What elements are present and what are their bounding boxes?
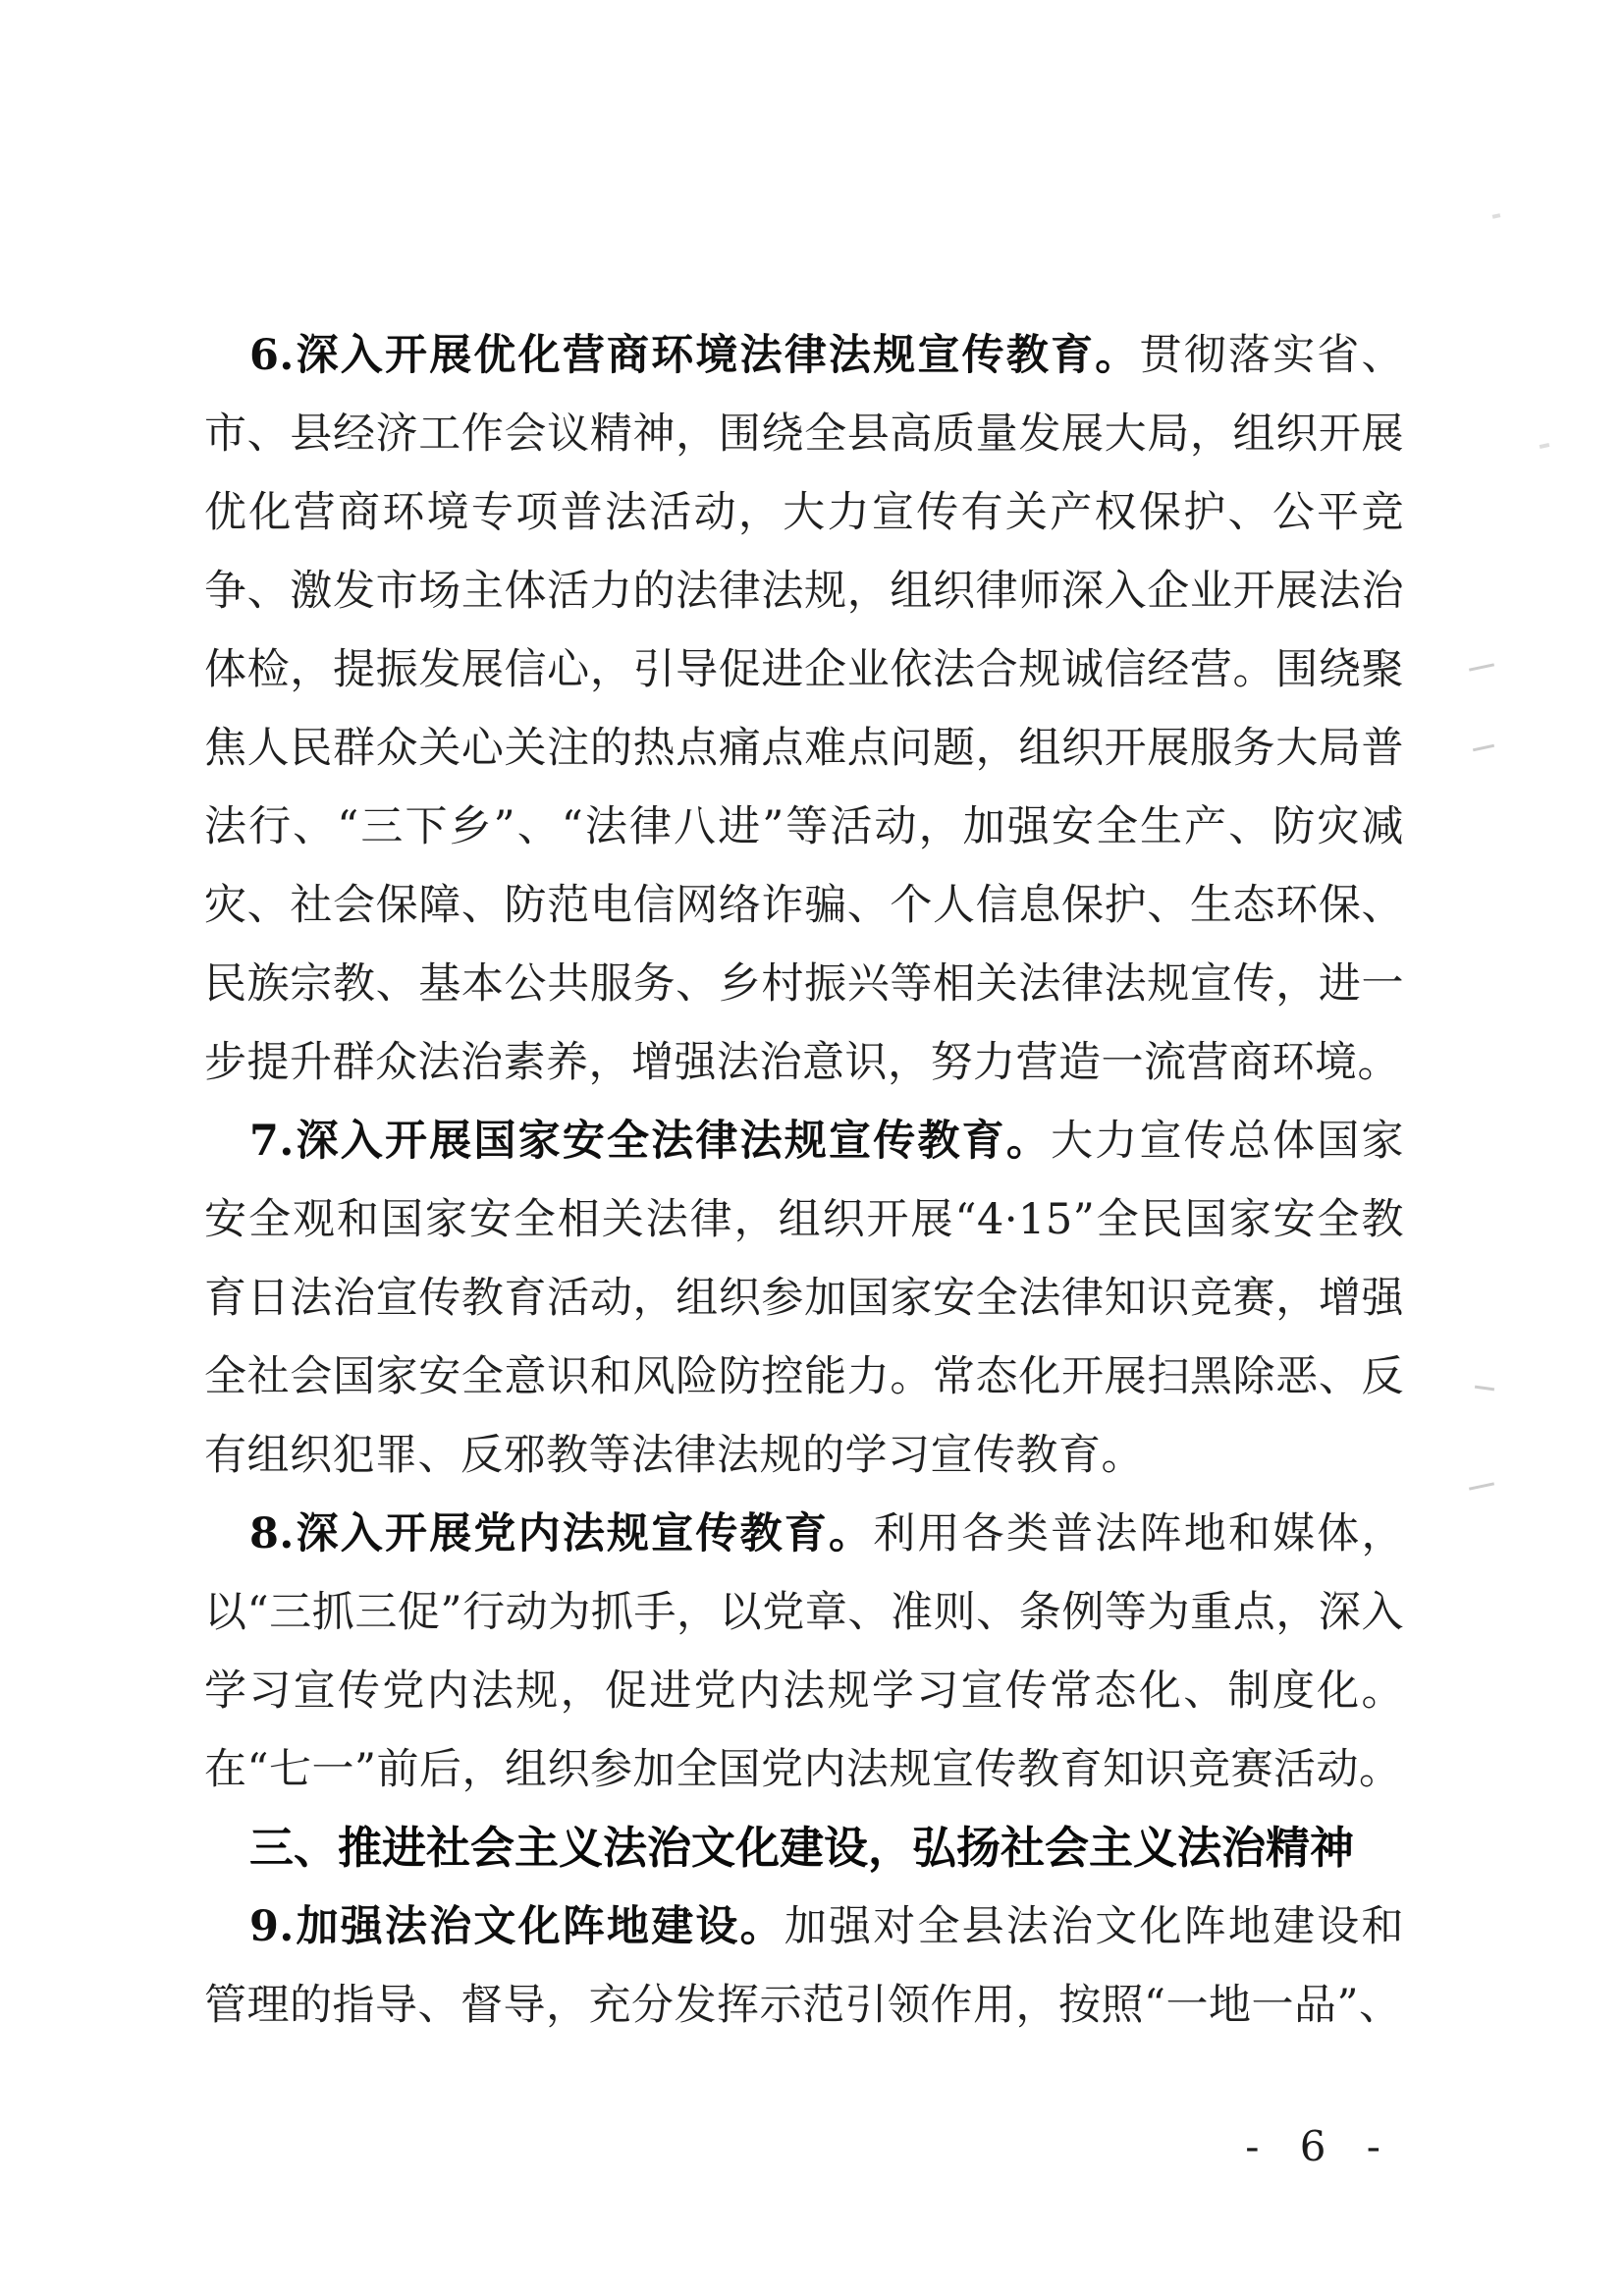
scan-smudge — [1469, 663, 1494, 671]
paragraph-6: 6.深入开展优化营商环境法律法规宣传教育。贯彻落实省、市、县经济工作会议精神，围… — [204, 316, 1404, 1102]
scan-smudge — [1469, 1482, 1494, 1490]
paragraph-6-heading: 6.深入开展优化营商环境法律法规宣传教育。 — [249, 331, 1139, 380]
scan-smudge — [1540, 443, 1550, 449]
paragraph-9: 9.加强法治文化阵地建设。加强对全县法治文化阵地建设和管理的指导、督导，充分发挥… — [204, 1887, 1404, 2045]
scan-smudge — [1475, 1386, 1494, 1392]
scan-smudge — [1492, 213, 1501, 219]
page-number: - 6 - — [1245, 2122, 1394, 2170]
paragraph-7: 7.深入开展国家安全法律法规宣传教育。大力宣传总体国家安全观和国家安全相关法律，… — [204, 1102, 1404, 1495]
paragraph-8: 8.深入开展党内法规宣传教育。利用各类普法阵地和媒体，以“三抓三促”行动为抓手，… — [204, 1495, 1404, 1809]
paragraph-7-text: 大力宣传总体国家安全观和国家安全相关法律，组织开展“4·15”全民国家安全教育日… — [204, 1117, 1404, 1480]
paragraph-7-heading: 7.深入开展国家安全法律法规宣传教育。 — [249, 1117, 1051, 1166]
paragraph-9-heading: 9.加强法治文化阵地建设。 — [249, 1902, 784, 1951]
scan-smudge — [1473, 744, 1494, 752]
document-body: 6.深入开展优化营商环境法律法规宣传教育。贯彻落实省、市、县经济工作会议精神，围… — [204, 316, 1404, 2045]
section-3-heading: 三、推进社会主义法治文化建设，弘扬社会主义法治精神 — [204, 1809, 1404, 1887]
paragraph-8-heading: 8.深入开展党内法规宣传教育。 — [249, 1509, 873, 1558]
document-page: 6.深入开展优化营商环境法律法规宣传教育。贯彻落实省、市、县经济工作会议精神，围… — [0, 0, 1623, 2296]
paragraph-6-text: 贯彻落实省、市、县经济工作会议精神，围绕全县高质量发展大局，组织开展优化营商环境… — [204, 331, 1404, 1087]
